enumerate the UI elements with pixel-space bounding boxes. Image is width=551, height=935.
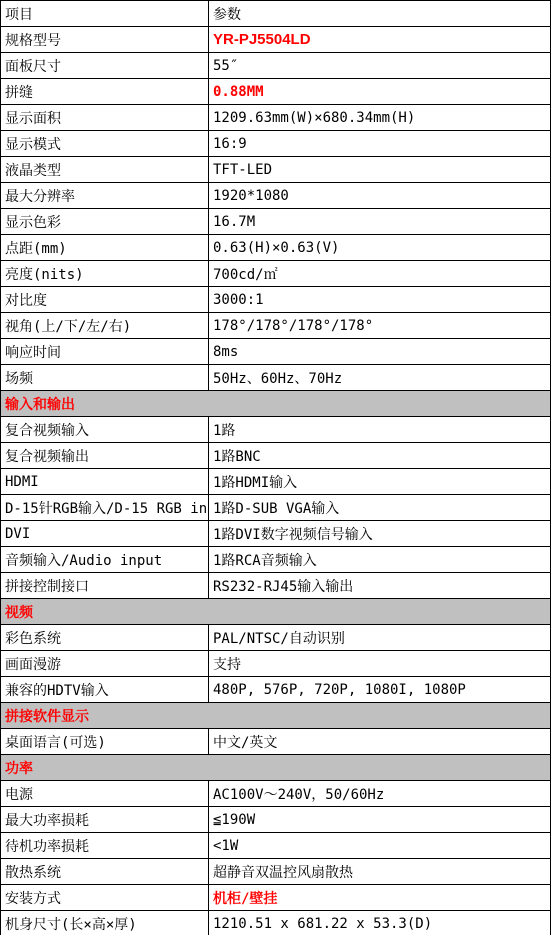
spec-label: 显示面积 xyxy=(1,105,209,131)
table-row: 机身尺寸(长×高×厚) 1210.51 x 681.22 x 53.3(D) xyxy=(1,911,551,935)
spec-label: 复合视频输入 xyxy=(1,417,209,443)
section-header-row-power: 功率 xyxy=(1,755,551,781)
table-row: 拼接控制接口 RS232-RJ45输入输出 xyxy=(1,573,551,599)
spec-label: 对比度 xyxy=(1,287,209,313)
table-row: 场频 50Hz、60Hz、70Hz xyxy=(1,365,551,391)
spec-value-seam: 0.88MM xyxy=(209,79,551,105)
table-row: HDMI 1路HDMI输入 xyxy=(1,469,551,495)
spec-sheet-page: 项目 参数 规格型号 YR-PJ5504LD 面板尺寸 55″ 拼缝 0.88M… xyxy=(0,0,551,935)
spec-value: 中文/英文 xyxy=(209,729,551,755)
table-row: 拼缝 0.88MM xyxy=(1,79,551,105)
spec-label: 桌面语言(可选) xyxy=(1,729,209,755)
spec-value: PAL/NTSC/自动识别 xyxy=(209,625,551,651)
table-row: 彩色系统 PAL/NTSC/自动识别 xyxy=(1,625,551,651)
table-row: 安装方式 机柜/壁挂 xyxy=(1,885,551,911)
section-title: 功率 xyxy=(1,755,551,781)
table-row: 最大分辨率 1920*1080 xyxy=(1,183,551,209)
spec-table: 项目 参数 规格型号 YR-PJ5504LD 面板尺寸 55″ 拼缝 0.88M… xyxy=(0,0,551,935)
spec-label: 安装方式 xyxy=(1,885,209,911)
spec-label: 彩色系统 xyxy=(1,625,209,651)
spec-label: 液晶类型 xyxy=(1,157,209,183)
spec-label: 点距(mm) xyxy=(1,235,209,261)
spec-label: 显示模式 xyxy=(1,131,209,157)
spec-label: 亮度(nits) xyxy=(1,261,209,287)
table-row: DVI 1路DVI数字视频信号输入 xyxy=(1,521,551,547)
section-title: 拼接软件显示 xyxy=(1,703,551,729)
spec-value: 1920*1080 xyxy=(209,183,551,209)
spec-value: 1路 xyxy=(209,417,551,443)
spec-label: 散热系统 xyxy=(1,859,209,885)
spec-value: 1路HDMI输入 xyxy=(209,469,551,495)
table-row: 电源 AC100V～240V，50/60Hz xyxy=(1,781,551,807)
spec-value: 1路DVI数字视频信号输入 xyxy=(209,521,551,547)
spec-value: 1209.63mm(W)×680.34mm(H) xyxy=(209,105,551,131)
spec-label: 复合视频输出 xyxy=(1,443,209,469)
spec-label: 显示色彩 xyxy=(1,209,209,235)
table-row: 面板尺寸 55″ xyxy=(1,53,551,79)
table-row: 点距(mm) 0.63(H)×0.63(V) xyxy=(1,235,551,261)
spec-value: AC100V～240V，50/60Hz xyxy=(209,781,551,807)
table-row: 对比度 3000:1 xyxy=(1,287,551,313)
spec-label: 兼容的HDTV输入 xyxy=(1,677,209,703)
section-title: 视频 xyxy=(1,599,551,625)
spec-value: 50Hz、60Hz、70Hz xyxy=(209,365,551,391)
spec-label: D-15针RGB输入/D-15 RGB input xyxy=(1,495,209,521)
table-row: 散热系统 超静音双温控风扇散热 xyxy=(1,859,551,885)
table-row: 显示色彩 16.7M xyxy=(1,209,551,235)
spec-label: 音频输入/Audio input xyxy=(1,547,209,573)
table-row: 复合视频输出 1路BNC xyxy=(1,443,551,469)
spec-value: 178°/178°/178°/178° xyxy=(209,313,551,339)
table-row: 规格型号 YR-PJ5504LD xyxy=(1,27,551,53)
spec-label: 视角(上/下/左/右) xyxy=(1,313,209,339)
spec-value: 700cd/㎡ xyxy=(209,261,551,287)
spec-label: 待机功率损耗 xyxy=(1,833,209,859)
spec-label: 画面漫游 xyxy=(1,651,209,677)
table-row: 显示面积 1209.63mm(W)×680.34mm(H) xyxy=(1,105,551,131)
spec-label: 响应时间 xyxy=(1,339,209,365)
spec-value-model: YR-PJ5504LD xyxy=(209,27,551,53)
header-item-cell: 项目 xyxy=(1,1,209,27)
section-header-row-io: 输入和输出 xyxy=(1,391,551,417)
spec-label: 面板尺寸 xyxy=(1,53,209,79)
spec-value: 16:9 xyxy=(209,131,551,157)
spec-value: 支持 xyxy=(209,651,551,677)
table-row: 响应时间 8ms xyxy=(1,339,551,365)
spec-value: 超静音双温控风扇散热 xyxy=(209,859,551,885)
spec-label: 拼缝 xyxy=(1,79,209,105)
table-row: 待机功率损耗 <1W xyxy=(1,833,551,859)
spec-value: 480P, 576P, 720P, 1080I, 1080P xyxy=(209,677,551,703)
spec-value: RS232-RJ45输入输出 xyxy=(209,573,551,599)
spec-value: <1W xyxy=(209,833,551,859)
spec-value-mount: 机柜/壁挂 xyxy=(209,885,551,911)
table-row: 亮度(nits) 700cd/㎡ xyxy=(1,261,551,287)
section-title: 输入和输出 xyxy=(1,391,551,417)
table-row: 画面漫游 支持 xyxy=(1,651,551,677)
spec-value: 55″ xyxy=(209,53,551,79)
spec-value: 3000:1 xyxy=(209,287,551,313)
spec-value: 1210.51 x 681.22 x 53.3(D) xyxy=(209,911,551,935)
spec-value: TFT-LED xyxy=(209,157,551,183)
table-header-row: 项目 参数 xyxy=(1,1,551,27)
spec-value: 1路BNC xyxy=(209,443,551,469)
section-header-row-video: 视频 xyxy=(1,599,551,625)
table-row: 音频输入/Audio input 1路RCA音频输入 xyxy=(1,547,551,573)
table-row: 桌面语言(可选) 中文/英文 xyxy=(1,729,551,755)
spec-label: 电源 xyxy=(1,781,209,807)
table-row: 液晶类型 TFT-LED xyxy=(1,157,551,183)
spec-label: 最大分辨率 xyxy=(1,183,209,209)
table-row: 视角(上/下/左/右) 178°/178°/178°/178° xyxy=(1,313,551,339)
spec-label: 场频 xyxy=(1,365,209,391)
spec-label: HDMI xyxy=(1,469,209,495)
spec-label: DVI xyxy=(1,521,209,547)
spec-value: ≦190W xyxy=(209,807,551,833)
spec-value: 0.63(H)×0.63(V) xyxy=(209,235,551,261)
table-row: 最大功率损耗 ≦190W xyxy=(1,807,551,833)
spec-label: 规格型号 xyxy=(1,27,209,53)
header-param-cell: 参数 xyxy=(209,1,551,27)
spec-label: 最大功率损耗 xyxy=(1,807,209,833)
spec-label: 拼接控制接口 xyxy=(1,573,209,599)
spec-label: 机身尺寸(长×高×厚) xyxy=(1,911,209,935)
spec-value: 16.7M xyxy=(209,209,551,235)
spec-value: 8ms xyxy=(209,339,551,365)
table-row: 显示模式 16:9 xyxy=(1,131,551,157)
table-row: 复合视频输入 1路 xyxy=(1,417,551,443)
table-row: 兼容的HDTV输入 480P, 576P, 720P, 1080I, 1080P xyxy=(1,677,551,703)
spec-value: 1路RCA音频输入 xyxy=(209,547,551,573)
table-row: D-15针RGB输入/D-15 RGB input 1路D-SUB VGA输入 xyxy=(1,495,551,521)
section-header-row-software: 拼接软件显示 xyxy=(1,703,551,729)
spec-value: 1路D-SUB VGA输入 xyxy=(209,495,551,521)
